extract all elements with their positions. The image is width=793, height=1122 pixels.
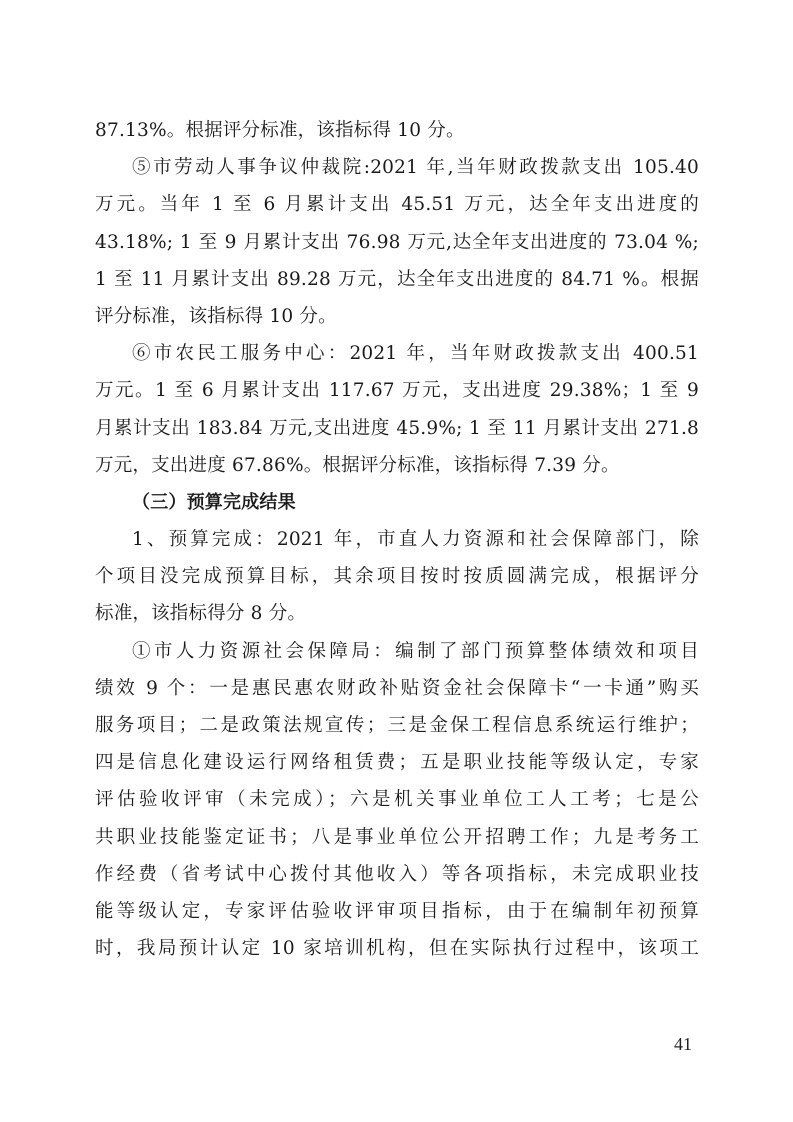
paragraph-line: 个项目没完成预算目标，其余项目按时按质圆满完成，根据评分 [95, 558, 699, 595]
paragraph-line: ⑤市劳动人事争议仲裁院:2021 年,当年财政拨款支出 105.40 [95, 149, 699, 186]
paragraph-line: 1、预算完成：2021 年，市直人力资源和社会保障部门，除 [95, 521, 699, 558]
paragraph-line: 作经费（省考试中心拨付其他收入）等各项指标，未完成职业技 [95, 856, 699, 893]
paragraph-line: 万元，支出进度 67.86%。根据评分标准，该指标得 7.39 分。 [95, 447, 699, 484]
paragraph-line: 43.18%; 1 至 9 月累计支出 76.98 万元,达全年支出进度的 73… [95, 224, 699, 261]
paragraph-line: 绩效 9 个：一是惠民惠农财政补贴资金社会保障卡“一卡通”购买 [95, 670, 699, 707]
document-body: 87.13%。根据评分标准，该指标得 10 分。 ⑤市劳动人事争议仲裁院:202… [95, 112, 699, 967]
paragraph-line: 月累计支出 183.84 万元,支出进度 45.9%; 1 至 11 月累计支出… [95, 410, 699, 447]
paragraph-line: 万元。1 至 6 月累计支出 117.67 万元，支出进度 29.38%；1 至… [95, 372, 699, 409]
paragraph-line: 万元。当年 1 至 6 月累计支出 45.51 万元，达全年支出进度的 [95, 186, 699, 223]
paragraph-line: 评估验收评审（未完成）；六是机关事业单位工人工考；七是公 [95, 781, 699, 818]
paragraph-line: 四是信息化建设运行网络租赁费；五是职业技能等级认定，专家 [95, 744, 699, 781]
paragraph-line: 服务项目；二是政策法规宣传；三是金保工程信息系统运行维护； [95, 707, 699, 744]
paragraph-line: 1 至 11 月累计支出 89.28 万元，达全年支出进度的 84.71 %。根… [95, 261, 699, 298]
paragraph-line: 时，我局预计认定 10 家培训机构，但在实际执行过程中，该项工 [95, 930, 699, 967]
page-number: 41 [674, 1034, 692, 1055]
paragraph-line: 标准，该指标得分 8 分。 [95, 595, 699, 632]
paragraph-line: ⑥市农民工服务中心：2021 年，当年财政拨款支出 400.51 [95, 335, 699, 372]
paragraph-line: 共职业技能鉴定证书；八是事业单位公开招聘工作；九是考务工 [95, 819, 699, 856]
paragraph-line: ①市人力资源社会保障局：编制了部门预算整体绩效和项目 [95, 633, 699, 670]
paragraph-line: 评分标准，该指标得 10 分。 [95, 298, 699, 335]
paragraph-line: 87.13%。根据评分标准，该指标得 10 分。 [95, 112, 699, 149]
section-heading: （三）预算完成结果 [95, 484, 699, 521]
paragraph-line: 能等级认定，专家评估验收评审项目指标，由于在编制年初预算 [95, 893, 699, 930]
